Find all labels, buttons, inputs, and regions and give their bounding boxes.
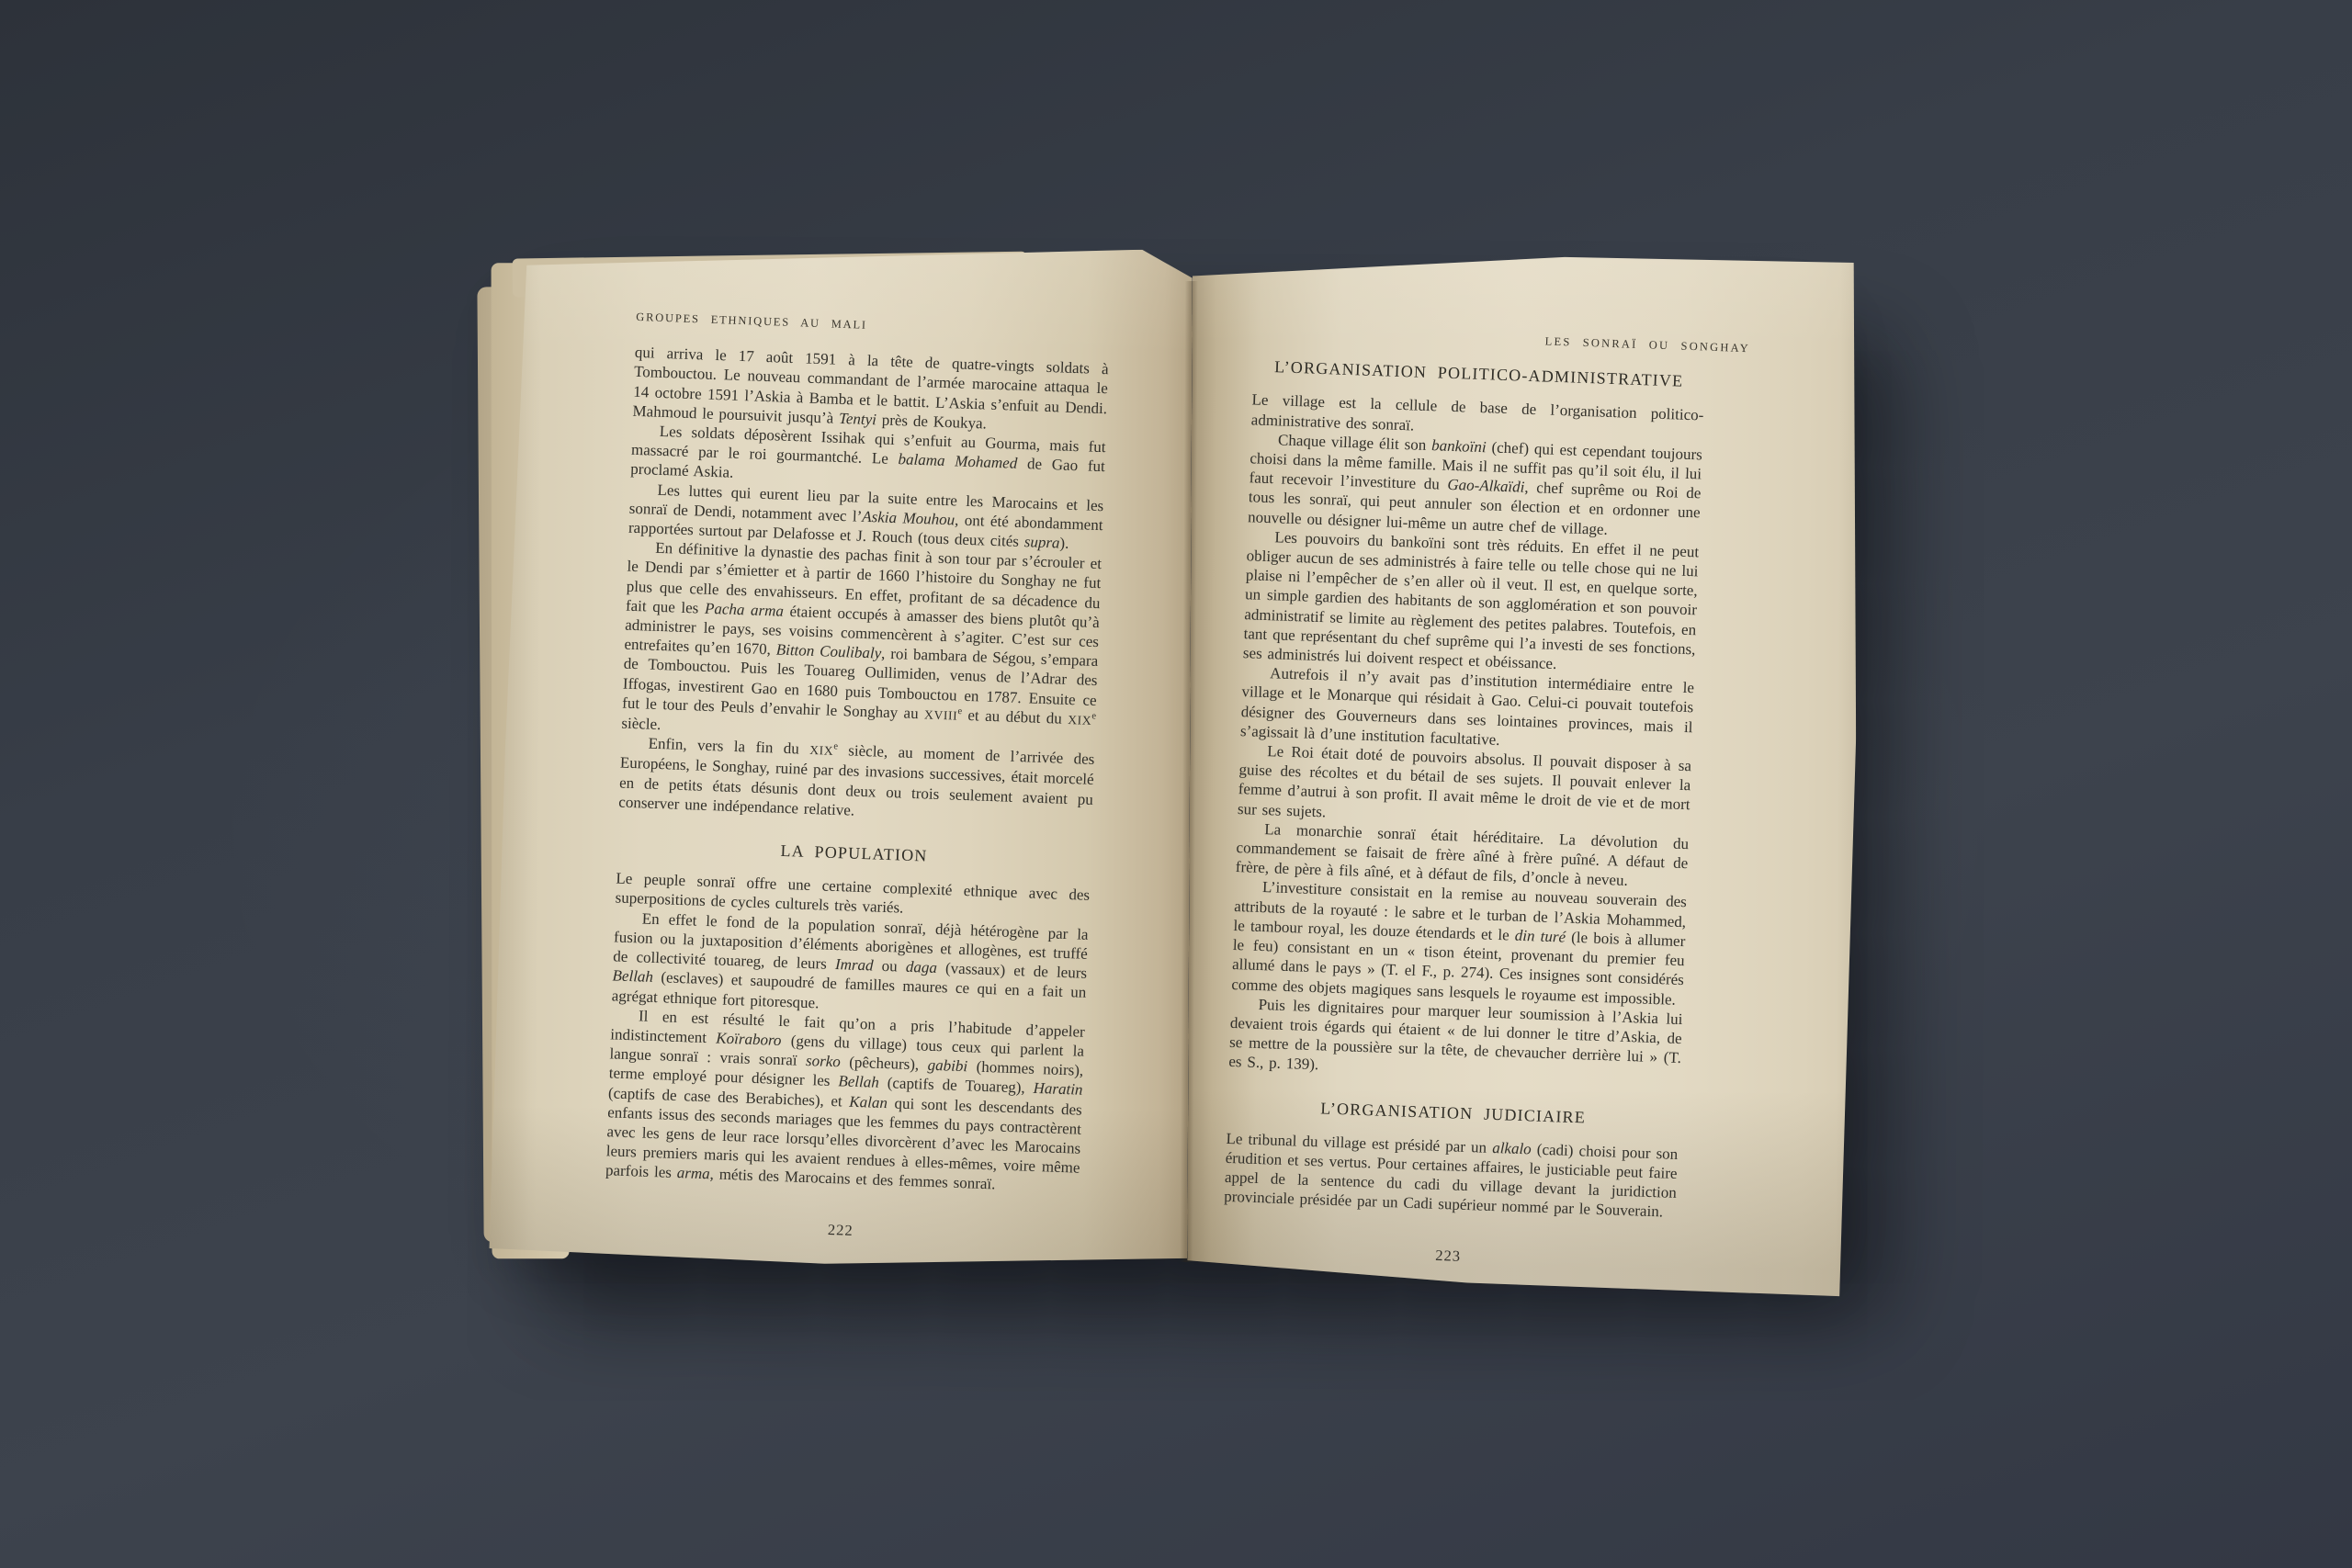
paragraph: En définitive la dynastie des pachas fin… [621,537,1102,750]
paragraph: Puis les dignitaires pour marquer leur s… [1228,994,1683,1088]
section-heading: L’ORGANISATION JUDICIAIRE [1227,1095,1679,1130]
paragraph: Le tribunal du village est présidé par u… [1224,1129,1679,1223]
paragraph: En effet le fond de la population sonraï… [611,908,1088,1021]
photo-backdrop: GROUPES ETHNIQUES AU MALI qui arriva le … [0,0,2352,1568]
right-page-body: L’ORGANISATION POLITICO-ADMINISTRATIVELe… [1224,357,1705,1223]
paragraph: Chaque village élit son bankoïni (chef) … [1248,429,1702,542]
paragraph: Les pouvoirs du bankoïni sont très rédui… [1243,526,1700,679]
open-book: GROUPES ETHNIQUES AU MALI qui arriva le … [498,246,1874,1301]
left-page-text: GROUPES ETHNIQUES AU MALI qui arriva le … [604,308,1111,1248]
left-page-body: qui arriva le 17 août 1591 à la tête de … [605,343,1109,1197]
paragraph: Enfin, vers la fin du XIXe siècle, au mo… [618,733,1095,829]
paragraph: L’investiture consistait en la remise au… [1231,876,1687,1009]
right-page-text: LES SONRAÏ OU SONGHAY L’ORGANISATION POL… [1222,321,1706,1272]
section-heading: LA POPULATION [616,836,1091,873]
paragraph: Il en est résulté le fait qu’on a pris l… [605,1005,1085,1197]
section-heading: L’ORGANISATION POLITICO-ADMINISTRATIVE [1253,357,1705,392]
